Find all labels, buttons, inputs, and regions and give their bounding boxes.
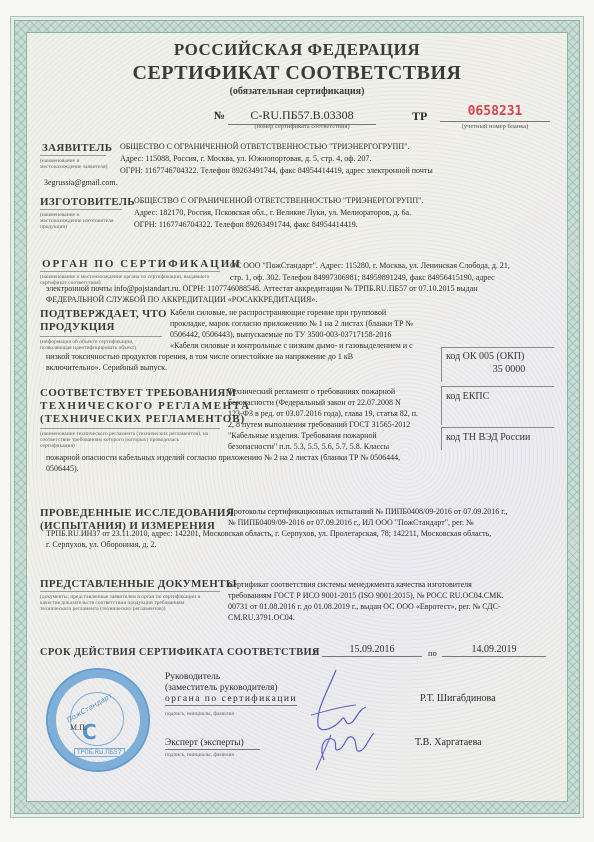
regulation-line-2: безопасности (Федеральный закон от 22.07… bbox=[228, 398, 401, 409]
validity-from-label: с bbox=[313, 647, 318, 658]
tnved-code-box: код ТН ВЭД России bbox=[441, 427, 554, 450]
tests-line-2: № ПИПБ0409/09-2016 от 07.09.2016 г., ИЛ … bbox=[228, 518, 474, 529]
applicant-name: ОБЩЕСТВО С ОГРАНИЧЕННОЙ ОТВЕТСТВЕННОСТЬЮ… bbox=[120, 142, 409, 153]
product-title-1: ПОДТВЕРЖДАЕТ, ЧТО bbox=[40, 308, 167, 320]
regulation-line-5: "Кабельные изделия. Требования пожарной bbox=[228, 431, 377, 442]
cert-body-contacts: стр. 1, оф. 302. Телефон 84997306981; 84… bbox=[230, 273, 495, 284]
product-line-1: Кабели силовые, не распространяющие горе… bbox=[170, 308, 386, 319]
tests-line-1: Протоколы сертификационных испытаний № П… bbox=[228, 507, 508, 518]
product-caption: (информация об объекте сертификации, поз… bbox=[40, 339, 164, 351]
head-role-line-3: органа по сертификации bbox=[165, 694, 297, 706]
head-caption: подпись, инициалы, фамилия bbox=[165, 711, 234, 717]
validity-title: СРОК ДЕЙСТВИЯ СЕРТИФИКАТА СООТВЕТСТВИЯ bbox=[40, 647, 320, 658]
applicant-address: Адрес: 115088, Россия, г. Москва, ул. Юж… bbox=[120, 154, 371, 165]
tr-label: ТР bbox=[412, 109, 427, 124]
regulation-line-6: безопасности" п.п. 5.3, 5.5, 5.6, 5.7, 5… bbox=[228, 442, 389, 453]
ekps-code-box: код ЕКПС bbox=[441, 386, 554, 425]
expert-caption: подпись, инициалы, фамилия bbox=[165, 752, 234, 758]
cert-body-rule bbox=[40, 271, 220, 272]
documents-rule bbox=[40, 591, 220, 592]
tnved-code-label: код ТН ВЭД России bbox=[446, 432, 554, 443]
manufacturer-contacts: ОГРН: 1167746704322. Телефон 89263491744… bbox=[134, 220, 358, 231]
documents-title: ПРЕДСТАВЛЕННЫЕ ДОКУМЕНТЫ bbox=[40, 578, 237, 590]
documents-line-3: 00731 от 01.08.2016 г. до 01.08.2019 г.,… bbox=[228, 602, 501, 613]
applicant-email: 3egrussia@gmail.com. bbox=[44, 178, 118, 189]
number-label: № bbox=[214, 110, 225, 122]
product-line-3: 0506442, 0506443), выпускаемые по ТУ 350… bbox=[170, 330, 391, 341]
product-line-2: прокладке, марок согласно приложению № 1… bbox=[170, 319, 413, 330]
documents-line-4: СМ.RU.3791.ОС04. bbox=[228, 613, 295, 624]
product-line-4: «Кабели силовые и контрольные с низким д… bbox=[170, 341, 413, 352]
expert-role: Эксперт (эксперты) bbox=[165, 738, 260, 750]
applicant-rule bbox=[40, 155, 106, 156]
tests-title-1: ПРОВЕДЕННЫЕ ИССЛЕДОВАНИЯ bbox=[40, 507, 234, 519]
regulation-title-1: СООТВЕТСТВУЕТ ТРЕБОВАНИЯМ bbox=[40, 387, 236, 399]
product-title-2: ПРОДУКЦИЯ bbox=[40, 321, 115, 333]
product-line-5: низкой токсичностью продуктов горения, в… bbox=[46, 352, 353, 363]
regulation-title-3: (ТЕХНИЧЕСКИХ РЕГЛАМЕНТОВ) bbox=[40, 413, 245, 425]
certificate-title: СЕРТИФИКАТ СООТВЕТСТВИЯ bbox=[0, 62, 594, 85]
tests-line-4: г. Серпухов, ул. Оборонная, д. 2. bbox=[46, 540, 156, 551]
cert-body-name: ОС ООО "ПожСтандарт". Адрес: 115280, г. … bbox=[230, 261, 510, 272]
regulation-line-3: 123-ФЗ в ред. от 03.07.2016 года), глава… bbox=[228, 409, 418, 420]
head-role-line-1: Руководитель bbox=[165, 672, 297, 683]
regulation-line-4: 2, 8 путем выполнения требований ГОСТ 31… bbox=[228, 420, 410, 431]
ekps-code-label: код ЕКПС bbox=[446, 391, 554, 402]
manufacturer-rule bbox=[40, 209, 122, 210]
validity-to-label: по bbox=[428, 648, 437, 659]
applicant-contacts: ОГРН: 1167746704322. Телефон 89263491744… bbox=[120, 166, 433, 177]
stamp-reg: ТРПБ.RU.ПБ57 bbox=[74, 748, 125, 757]
product-line-6: включительно». Серийный выпуск. bbox=[46, 363, 167, 374]
documents-line-2: требованиям ГОСТ Р ИСО 9001-2015 (ISO 90… bbox=[228, 591, 504, 602]
country-heading: РОССИЙСКАЯ ФЕДЕРАЦИЯ bbox=[0, 40, 594, 60]
regulation-caption: (наименование технического регламента (т… bbox=[40, 431, 215, 449]
manufacturer-caption: (наименование и местонахождение изготови… bbox=[40, 212, 116, 230]
manufacturer-address: Адрес: 182170, Россия, Псковская обл., г… bbox=[134, 208, 411, 219]
applicant-caption: (наименование и местонахождение заявител… bbox=[40, 158, 118, 170]
expert-name: Т.В. Харгатаева bbox=[415, 738, 482, 749]
manufacturer-title: ИЗГОТОВИТЕЛЬ bbox=[40, 196, 135, 208]
handwritten-signatures bbox=[296, 665, 386, 775]
seal-place-label: М.П. bbox=[70, 723, 87, 732]
cert-body-issuer: ФЕДЕРАЛЬНОЙ СЛУЖБОЙ ПО АККРЕДИТАЦИИ «РОС… bbox=[46, 295, 317, 306]
certificate-subtitle: (обязательная сертификация) bbox=[0, 86, 594, 97]
okp-code-value: 35 0000 bbox=[446, 364, 554, 375]
validity-to-date: 14.09.2019 bbox=[442, 645, 546, 657]
manufacturer-name: ОБЩЕСТВО С ОГРАНИЧЕННОЙ ОТВЕТСТВЕННОСТЬЮ… bbox=[134, 196, 423, 207]
head-role: Руководитель (заместитель руководителя) … bbox=[165, 672, 297, 706]
okp-code-box: код ОК 005 (ОКП) 35 0000 bbox=[441, 347, 554, 382]
regulation-line-1: Технический регламент о требованиях пожа… bbox=[228, 387, 395, 398]
documents-line-1: Сертификат соответствия системы менеджме… bbox=[228, 580, 472, 591]
blank-number-caption: (учетный номер бланка) bbox=[440, 123, 550, 130]
tests-line-3: ТРПБ.RU.ИН37 от 23.11.2010, адрес: 14220… bbox=[46, 529, 491, 540]
certificate-number-caption: (номер сертификата соответствия) bbox=[228, 123, 376, 130]
head-role-line-2: (заместитель руководителя) bbox=[165, 683, 297, 694]
blank-number: 0658231 bbox=[440, 104, 550, 122]
regulation-title-2: ТЕХНИЧЕСКОГО РЕГЛАМЕНТА bbox=[40, 400, 251, 412]
official-stamp: ПожСтандарт С ТРПБ.RU.ПБ57 bbox=[46, 668, 150, 772]
validity-from-date: 15.09.2016 bbox=[322, 645, 422, 657]
okp-code-label: код ОК 005 (ОКП) bbox=[446, 351, 554, 362]
cert-body-title: ОРГАН ПО СЕРТИФИКАЦИИ bbox=[42, 258, 242, 270]
regulation-line-7: пожарной опасности кабельных изделий сог… bbox=[46, 453, 400, 464]
applicant-title: ЗАЯВИТЕЛЬ bbox=[42, 142, 112, 154]
documents-caption: (документы, представленные заявителем в … bbox=[40, 594, 208, 612]
head-name: Р.Т. Шигабдинова bbox=[420, 694, 496, 705]
product-rule bbox=[40, 336, 162, 337]
regulation-line-8: 0506445). bbox=[46, 464, 79, 475]
regulation-rule bbox=[40, 428, 220, 429]
cert-body-accreditation: электронной почты info@pojstandart.ru. О… bbox=[46, 284, 478, 295]
